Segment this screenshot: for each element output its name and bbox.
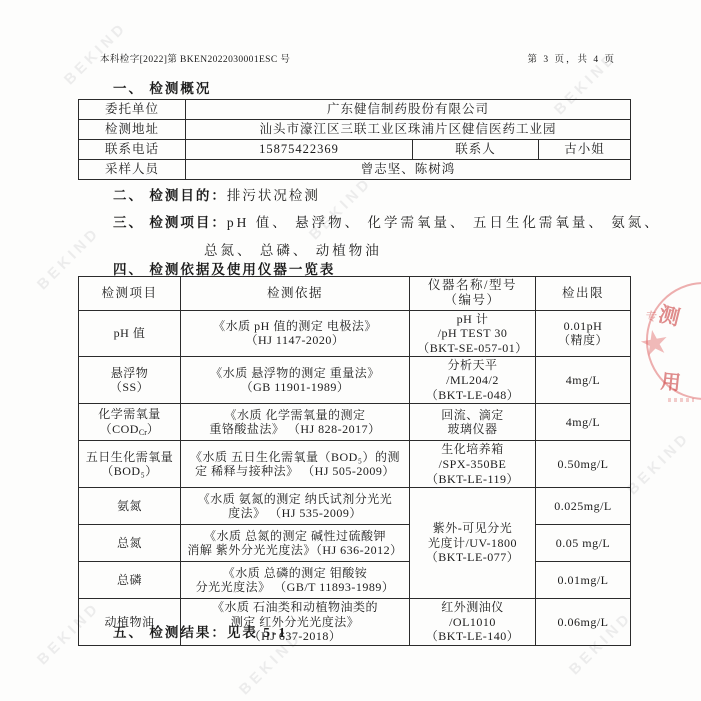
cell-line: 度法》 （HJ 535-2009） [183, 506, 407, 521]
cell-line: pH 计 [412, 312, 533, 327]
section-3-label: 三、 检测项目： [113, 215, 227, 230]
col-header-instrument: 仪器名称/型号 （编号） [410, 277, 536, 311]
section-2-value: 排污状况检测 [227, 188, 320, 203]
limit-cell: 4mg/L [536, 404, 631, 441]
basis-cell: 《水质 化学需氧量的测定 重铬酸盐法》 （HJ 828-2017） [181, 404, 410, 441]
watermark: BEKIND [624, 429, 694, 499]
limit-cell: 0.01mg/L [536, 562, 631, 599]
section-5-value: 见表 5-1 [227, 625, 287, 640]
phone-value: 15875422369 [186, 140, 413, 160]
table-header-row: 检测项目 检测依据 仪器名称/型号 （编号） 检出限 [79, 277, 631, 311]
cell-line: 《水质 总氮的测定 碱性过硫酸钾 [183, 529, 407, 544]
item-cell: 氨氮 [79, 488, 181, 525]
cell-line: （BKT-SE-057-01） [412, 341, 533, 356]
cell-line: 回流、滴定 [412, 408, 533, 423]
basis-cell: 《水质 悬浮物的测定 重量法》 （GB 11901-1989） [181, 357, 410, 404]
cell-line: （BKT-LE-077） [412, 550, 533, 565]
row-label: 委托单位 [79, 100, 186, 120]
cell-line: （编号） [412, 293, 533, 308]
instrument-cell: 回流、滴定 玻璃仪器 [410, 404, 536, 441]
table-row: 采样人员 曾志坚、陈树鸿 [79, 160, 631, 180]
section-2-label: 二、 检测目的： [113, 188, 227, 203]
section-5-title: 五、 检测结果：见表 5-1 [113, 621, 287, 641]
red-seal-char-small: 专 [646, 308, 657, 324]
cell-line: 《水质 pH 值的测定 电极法》 [183, 319, 407, 334]
instrument-cell: pH 计 /pH TEST 30 （BKT-SE-057-01） [410, 310, 536, 357]
cell-line: （BKT-LE-140） [412, 629, 533, 644]
limit-cell: 4mg/L [536, 357, 631, 404]
cell-line: /OL1010 [412, 615, 533, 630]
table-row: 委托单位 广东健信制药股份有限公司 [79, 100, 631, 120]
cell-line: 悬浮物 [81, 366, 178, 381]
item-cell: 总磷 [79, 562, 181, 599]
overview-table: 委托单位 广东健信制药股份有限公司 检测地址 汕头市濠江区三联工业区珠浦片区健信… [78, 99, 631, 180]
method-instrument-table: 检测项目 检测依据 仪器名称/型号 （编号） 检出限 pH 值 《水质 pH 值… [78, 276, 631, 646]
cell-line: 生化培养箱 [412, 442, 533, 457]
item-cell: 总氮 [79, 525, 181, 562]
section-5-label: 五、 检测结果： [113, 625, 227, 640]
page-header: 本科检字[2022]第 BKEN2022030001ESC 号 第 3 页，共 … [78, 51, 630, 65]
row-value: 汕头市濠江区三联工业区珠浦片区健信医药工业园 [186, 120, 631, 140]
table-row-tn: 总氮 《水质 总氮的测定 碱性过硫酸钾 消解 紫外分光光度法》（HJ 636-2… [79, 525, 631, 562]
red-seal-serial-marks [668, 398, 694, 402]
table-row-bod5: 五日生化需氧量 （BOD₅） 《水质 五日生化需氧量（BOD₅）的测 定 稀释与… [79, 441, 631, 488]
limit-cell: 0.05 mg/L [536, 525, 631, 562]
cell-line: 《水质 化学需氧量的测定 [183, 408, 407, 423]
instrument-cell: 生化培养箱 /SPX-350BE （BKT-LE-119） [410, 441, 536, 488]
table-row-tp: 总磷 《水质 总磷的测定 钼酸铵 分光光度法》 （GB/T 11893-1989… [79, 562, 631, 599]
cell-line: 化学需氧量 [81, 407, 178, 422]
row-value: 广东健信制药股份有限公司 [186, 100, 631, 120]
item-cell: 化学需氧量 （CODCr） [79, 404, 181, 441]
cell-line: （BKT-LE-048） [412, 388, 533, 403]
cell-line: 光度计/UV-1800 [412, 536, 533, 551]
cell-line: 五日生化需氧量 [81, 450, 178, 465]
section-1-title: 一、 检测概况 [113, 77, 211, 97]
instrument-cell: 分析天平 /ML204/2 （BKT-LE-048） [410, 357, 536, 404]
cell-line: （精度） [538, 333, 628, 348]
limit-cell: 0.06mg/L [536, 599, 631, 646]
row-label: 检测地址 [79, 120, 186, 140]
row-label: 采样人员 [79, 160, 186, 180]
page-number: 第 3 页，共 4 页 [527, 51, 630, 65]
cell-line: 《水质 悬浮物的测定 重量法》 [183, 366, 407, 381]
cell-line: 紫外-可见分光 [412, 521, 533, 536]
cell-line: /ML204/2 [412, 373, 533, 388]
star-icon: ★ [638, 324, 671, 363]
cell-line: （GB 11901-1989） [183, 380, 407, 395]
item-cell: pH 值 [79, 310, 181, 357]
contact-value: 古小姐 [539, 140, 631, 160]
basis-cell: 《水质 五日生化需氧量（BOD₅）的测 定 稀释与接种法》 （HJ 505-20… [181, 441, 410, 488]
document-number: 本科检字[2022]第 BKEN2022030001ESC 号 [78, 51, 290, 65]
basis-cell: 《水质 总氮的测定 碱性过硫酸钾 消解 紫外分光光度法》（HJ 636-2012… [181, 525, 410, 562]
table-row-cod: 化学需氧量 （CODCr） 《水质 化学需氧量的测定 重铬酸盐法》 （HJ 82… [79, 404, 631, 441]
table-row-ph: pH 值 《水质 pH 值的测定 电极法》 （HJ 1147-2020） pH … [79, 310, 631, 357]
cell-line: 玻璃仪器 [412, 422, 533, 437]
red-seal-char-bottom: 用 [660, 365, 683, 396]
cell-line: 分光光度法》 （GB/T 11893-1989） [183, 580, 407, 595]
cell-line: 0.01pH [538, 319, 628, 334]
limit-cell: 0.025mg/L [536, 488, 631, 525]
limit-cell: 0.50mg/L [536, 441, 631, 488]
cell-line: 消解 紫外分光光度法》（HJ 636-2012） [183, 543, 407, 558]
cell-line: （BOD₅） [81, 464, 178, 479]
cell-line: /pH TEST 30 [412, 326, 533, 341]
table-row-nh3n: 氨氮 《水质 氨氮的测定 纳氏试剂分光光 度法》 （HJ 535-2009） 紫… [79, 488, 631, 525]
instrument-cell: 红外测油仪 /OL1010 （BKT-LE-140） [410, 599, 536, 646]
section-4-title: 四、 检测依据及使用仪器一览表 [113, 258, 335, 278]
limit-cell: 0.01pH （精度） [536, 310, 631, 357]
table-row: 联系电话 15875422369 联系人 古小姐 [79, 140, 631, 160]
cell-line: 红外测油仪 [412, 600, 533, 615]
cell-line: 《水质 总磷的测定 钼酸铵 [183, 566, 407, 581]
section-2-title: 二、 检测目的：排污状况检测 [113, 184, 320, 204]
row-value: 曾志坚、陈树鸿 [186, 160, 631, 180]
section-3-title: 三、 检测项目：pH 值、 悬浮物、 化学需氧量、 五日生化需氧量、 氨氮、 [113, 211, 661, 231]
row-label: 联系电话 [79, 140, 186, 160]
cell-line: 分析天平 [412, 358, 533, 373]
table-row-ss: 悬浮物 （SS） 《水质 悬浮物的测定 重量法》 （GB 11901-1989）… [79, 357, 631, 404]
basis-cell: 《水质 pH 值的测定 电极法》 （HJ 1147-2020） [181, 310, 410, 357]
table-row: 检测地址 汕头市濠江区三联工业区珠浦片区健信医药工业园 [79, 120, 631, 140]
item-cell: 五日生化需氧量 （BOD₅） [79, 441, 181, 488]
cell-line: （CODCr） [81, 422, 178, 438]
cell-line: 仪器名称/型号 [412, 278, 533, 293]
section-3-items-line1: pH 值、 悬浮物、 化学需氧量、 五日生化需氧量、 氨氮、 [227, 215, 661, 230]
col-header-limit: 检出限 [536, 277, 631, 311]
cell-line: 重铬酸盐法》 （HJ 828-2017） [183, 422, 407, 437]
col-header-item: 检测项目 [79, 277, 181, 311]
cell-line: 定 稀释与接种法》 （HJ 505-2009） [183, 464, 407, 479]
cell-line: /SPX-350BE [412, 457, 533, 472]
cell-line: 《水质 五日生化需氧量（BOD₅）的测 [183, 450, 407, 465]
section-3-items-line2: 总氮、 总磷、 动植物油 [204, 239, 382, 259]
cell-line: 《水质 石油类和动植物油类的 [183, 600, 407, 615]
cell-line: 《水质 氨氮的测定 纳氏试剂分光光 [183, 492, 407, 507]
cod-subscript: Cr [139, 428, 147, 437]
item-cell: 悬浮物 （SS） [79, 357, 181, 404]
basis-cell: 《水质 总磷的测定 钼酸铵 分光光度法》 （GB/T 11893-1989） [181, 562, 410, 599]
cell-line: （BKT-LE-119） [412, 472, 533, 487]
basis-cell: 《水质 氨氮的测定 纳氏试剂分光光 度法》 （HJ 535-2009） [181, 488, 410, 525]
contact-label: 联系人 [413, 140, 539, 160]
report-page: BEKIND BEKIND BEKIND BEKIND BEKIND BEKIN… [0, 0, 701, 701]
cell-line: （HJ 1147-2020） [183, 333, 407, 348]
instrument-cell-merged: 紫外-可见分光 光度计/UV-1800 （BKT-LE-077） [410, 488, 536, 599]
cell-line: （SS） [81, 380, 178, 395]
col-header-basis: 检测依据 [181, 277, 410, 311]
